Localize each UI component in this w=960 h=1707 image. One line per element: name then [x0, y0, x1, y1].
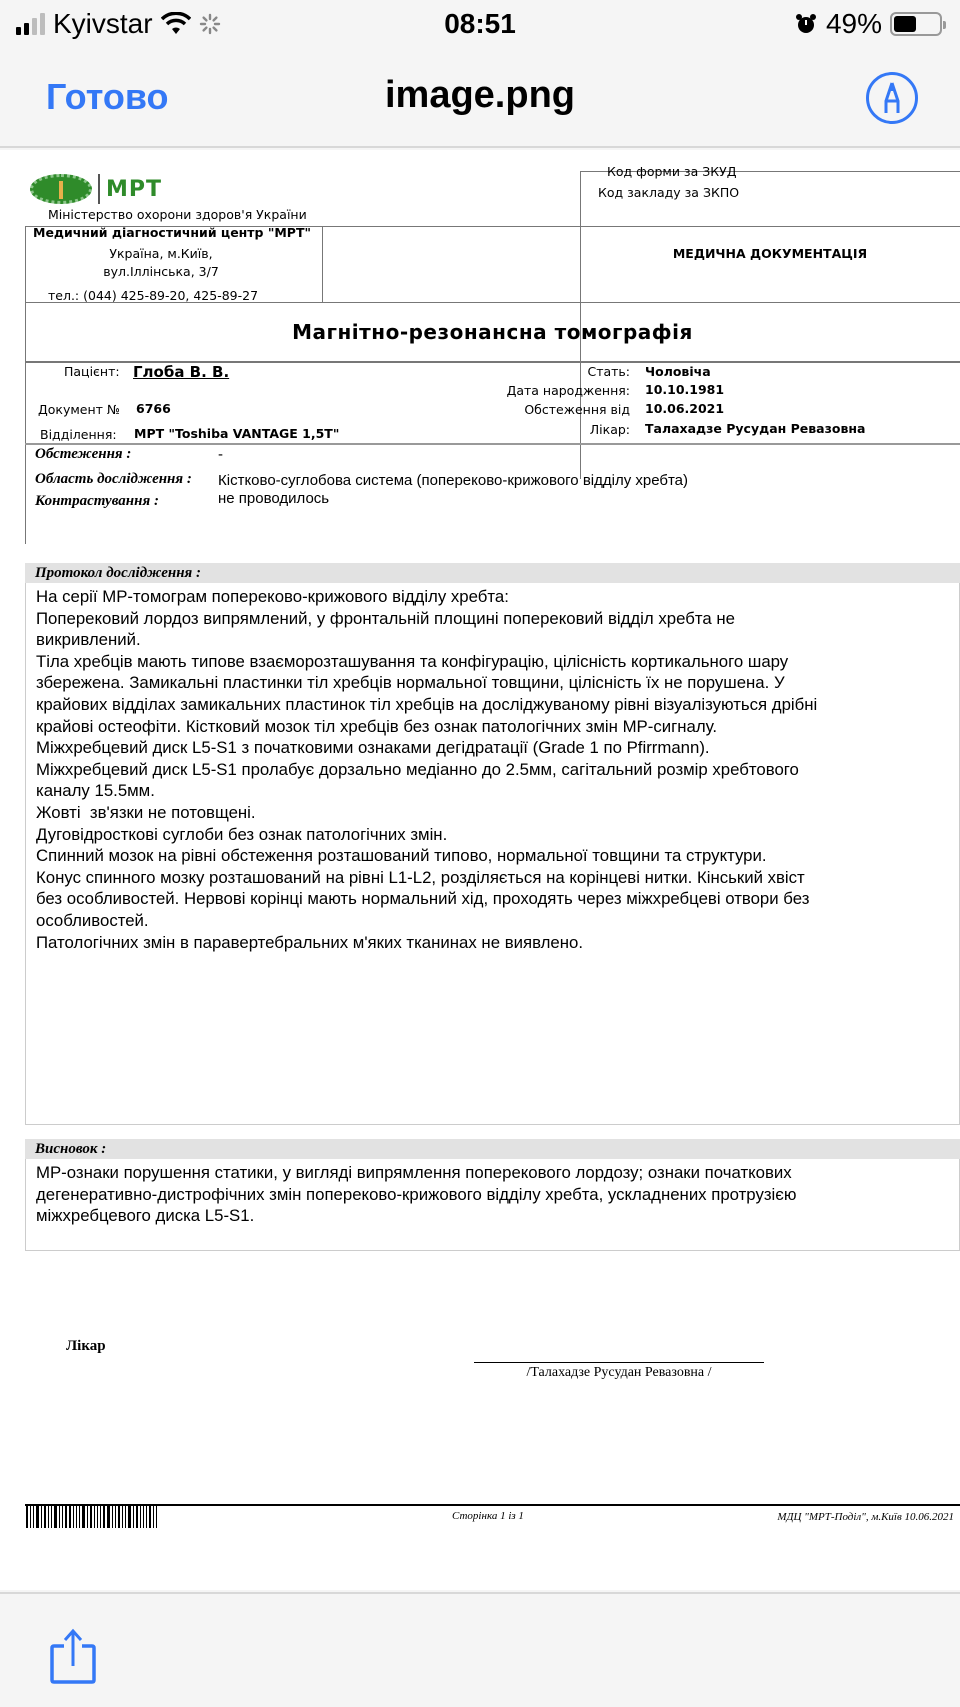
birth-date-label: Дата народження:	[460, 383, 630, 398]
signature-doctor-name: /Талахадзе Русудан Ревазовна /	[474, 1365, 764, 1381]
alarm-icon	[794, 12, 818, 36]
exam-date-value: 10.06.2021	[645, 401, 724, 416]
barcode	[26, 1506, 159, 1528]
conclusion-box: МР-ознаки порушення статики, у вигляді в…	[25, 1159, 960, 1251]
share-icon	[50, 1628, 96, 1684]
form-code-label: Код форми за ЗКУД	[607, 164, 737, 179]
logo-emblem-icon	[30, 174, 92, 204]
navigation-bar: Готово image.png	[0, 50, 960, 148]
protocol-line: крайові остеофіти. Кістковий мозок тіл х…	[36, 716, 817, 738]
conclusion-text: МР-ознаки порушення статики, у вигляді в…	[36, 1162, 796, 1227]
protocol-line: збережена. Замикальні пластинки тіл хреб…	[36, 672, 817, 694]
protocol-line: Жовті зв'язки не потовщені.	[36, 802, 817, 824]
protocol-text: На серії МР-томограм попереково-крижовог…	[36, 586, 817, 953]
exam-date-label: Обстеження від	[460, 402, 630, 417]
logo-text: МРТ	[106, 177, 162, 202]
contrast-value: не проводилось	[218, 488, 329, 510]
conclusion-line: міжхребцевого диска L5-S1.	[36, 1205, 796, 1227]
conclusion-line: МР-ознаки порушення статики, у вигляді в…	[36, 1162, 796, 1184]
contrast-label: Контрастування :	[35, 493, 159, 510]
status-right: 49%	[794, 8, 942, 40]
exam-label: Обстеження :	[35, 446, 131, 463]
doc-type: МЕДИЧНА ДОКУМЕНТАЦІЯ	[580, 246, 960, 261]
patient-label: Пацієнт:	[64, 364, 120, 379]
ministry-name: Міністерство охорони здоров'я України	[48, 207, 307, 222]
address-line-1: Україна, м.Київ,	[0, 246, 322, 261]
study-area-label: Область дослідження :	[35, 471, 192, 488]
protocol-heading: Протокол дослідження :	[25, 563, 960, 583]
conclusion-heading: Висновок :	[25, 1139, 960, 1159]
bottom-toolbar	[0, 1592, 960, 1707]
protocol-line: Конус спинного мозку розташований на рів…	[36, 867, 817, 889]
patient-name: Глоба В. В.	[133, 363, 229, 381]
signature-doctor-label: Лікар	[66, 1338, 106, 1355]
protocol-line: Поперековий лордоз випрямлений, у фронта…	[36, 608, 817, 630]
battery-icon	[890, 12, 942, 36]
document-page: МРТ Міністерство охорони здоров'я Україн…	[0, 150, 960, 1590]
clinic-logo: МРТ	[30, 174, 162, 204]
markup-button[interactable]	[866, 72, 918, 124]
department-value: МРТ "Toshiba VANTAGE 1,5T"	[134, 426, 339, 441]
sex-label: Стать:	[480, 364, 630, 379]
protocol-line: Міжхребцевий диск L5-S1 пролабує дорзаль…	[36, 759, 817, 781]
doctor-value: Талахадзе Русудан Ревазовна	[645, 421, 865, 436]
center-name: Медичний діагностичний центр "МРТ"	[33, 225, 311, 240]
protocol-line: Міжхребцевий диск L5-S1 з початковими оз…	[36, 737, 817, 759]
document-number: 6766	[136, 401, 171, 416]
share-button[interactable]	[50, 1628, 96, 1680]
phone: тел.: (044) 425-89-20, 425-89-27	[48, 288, 258, 303]
protocol-line: каналу 15.5мм.	[36, 780, 817, 802]
page-number: Сторінка 1 із 1	[452, 1510, 524, 1522]
protocol-line: На серії МР-томограм попереково-крижовог…	[36, 586, 817, 608]
department-label: Відділення:	[40, 427, 117, 442]
document-title: Магнітно-резонансна томографія	[25, 320, 960, 344]
exam-value: -	[218, 444, 223, 466]
protocol-line: Патологічних змін в паравертебральних м'…	[36, 932, 817, 954]
birth-date-value: 10.10.1981	[645, 382, 724, 397]
protocol-line: Тіла хребців мають типове взаєморозташув…	[36, 651, 817, 673]
document-number-label: Документ №	[38, 402, 120, 417]
address-line-2: вул.Іллінська, 3/7	[0, 264, 322, 279]
battery-percent: 49%	[826, 8, 882, 40]
protocol-heading-bar: Протокол дослідження :	[25, 563, 960, 583]
protocol-line: викривлений.	[36, 629, 817, 651]
protocol-line: крайових відділах замикальних пластинок …	[36, 694, 817, 716]
doctor-label: Лікар:	[480, 422, 630, 437]
sex-value: Чоловіча	[645, 364, 711, 379]
protocol-line: особливостей.	[36, 910, 817, 932]
protocol-box: На серії МР-томограм попереково-крижовог…	[25, 583, 960, 1125]
markup-pen-icon	[869, 75, 915, 121]
footer-origin: МДЦ "МРТ-Поділ", м.Київ 10.06.2021	[777, 1511, 954, 1523]
status-bar: Kyivstar 08:51 49%	[0, 0, 960, 50]
institution-code-label: Код закладу за ЗКПО	[598, 185, 739, 200]
conclusion-line: дегенеративно-дистрофічних змін попереко…	[36, 1184, 796, 1206]
protocol-line: без особливостей. Нервові корінці мають …	[36, 888, 817, 910]
file-title: image.png	[0, 74, 960, 117]
protocol-line: Спинний мозок на рівні обстеження розташ…	[36, 845, 817, 867]
conclusion-heading-bar: Висновок :	[25, 1139, 960, 1159]
protocol-line: Дуговідросткові суглоби без ознак патоло…	[36, 824, 817, 846]
